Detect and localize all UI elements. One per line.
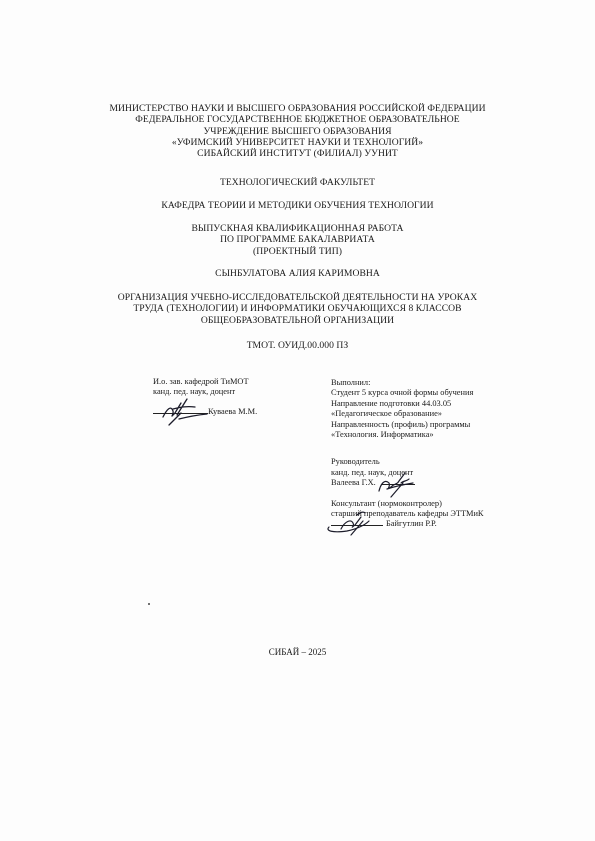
head-of-department-block: И.о. зав. кафедрой ТиМОТ канд. пед. наук… bbox=[153, 377, 257, 417]
work-type: ВЫПУСКНАЯ КВАЛИФИКАЦИОННАЯ РАБОТА ПО ПРО… bbox=[0, 223, 595, 257]
performer-line: Направленность (профиль) программы bbox=[331, 420, 484, 430]
thesis-title-line: ОРГАНИЗАЦИЯ УЧЕБНО-ИССЛЕДОВАТЕЛЬСКОЙ ДЕЯ… bbox=[0, 292, 595, 303]
thesis-title-line: ОБЩЕОБРАЗОВАТЕЛЬНОЙ ОРГАНИЗАЦИИ bbox=[0, 315, 595, 326]
performer-line: «Педагогическое образование» bbox=[331, 409, 484, 419]
head-name: Куваева М.М. bbox=[208, 407, 257, 416]
performer-line: Студент 5 курса очной формы обучения bbox=[331, 388, 484, 398]
title-page: МИНИСТЕРСТВО НАУКИ И ВЫСШЕГО ОБРАЗОВАНИЯ… bbox=[0, 0, 595, 841]
head-degree: канд. пед. наук, доцент bbox=[153, 387, 257, 397]
department-name: КАФЕДРА ТЕОРИИ И МЕТОДИКИ ОБУЧЕНИЯ ТЕХНО… bbox=[0, 200, 595, 211]
ministry-header: МИНИСТЕРСТВО НАУКИ И ВЫСШЕГО ОБРАЗОВАНИЯ… bbox=[0, 103, 595, 159]
ministry-line: «УФИМСКИЙ УНИВЕРСИТЕТ НАУКИ И ТЕХНОЛОГИЙ… bbox=[0, 137, 595, 148]
thesis-title-line: ТРУДА (ТЕХНОЛОГИИ) И ИНФОРМАТИКИ ОБУЧАЮЩ… bbox=[0, 303, 595, 314]
faculty-name: ТЕХНОЛОГИЧЕСКИЙ ФАКУЛЬТЕТ bbox=[0, 177, 595, 188]
scan-artifact bbox=[148, 603, 150, 605]
ministry-line: СИБАЙСКИЙ ИНСТИТУТ (ФИЛИАЛ) УУНИТ bbox=[0, 148, 595, 159]
document-code: ТМОТ. ОУИД.00.000 ПЗ bbox=[0, 340, 595, 351]
performer-line: «Технология. Информатика» bbox=[331, 430, 484, 440]
supervisor-degree: канд. пед. наук, доцент bbox=[331, 468, 484, 478]
city-year: СИБАЙ – 2025 bbox=[0, 647, 595, 657]
supervisor-block: Руководитель канд. пед. наук, доцент Вал… bbox=[331, 457, 484, 488]
consultant-position: старший преподаватель кафедры ЭТТМиК bbox=[331, 509, 484, 519]
author-name: СЫНБУЛАТОВА АЛИЯ КАРИМОВНА bbox=[0, 268, 595, 279]
consultant-role: Консультант (нормоконтролер) bbox=[331, 499, 484, 509]
ministry-line: МИНИСТЕРСТВО НАУКИ И ВЫСШЕГО ОБРАЗОВАНИЯ… bbox=[0, 103, 595, 114]
performer-line: Направление подготовки 44.03.05 bbox=[331, 399, 484, 409]
work-type-line: (ПРОЕКТНЫЙ ТИП) bbox=[0, 246, 595, 257]
ministry-line: УЧРЕЖДЕНИЕ ВЫСШЕГО ОБРАЗОВАНИЯ bbox=[0, 126, 595, 137]
work-type-line: ПО ПРОГРАММЕ БАКАЛАВРИАТА bbox=[0, 234, 595, 245]
work-type-line: ВЫПУСКНАЯ КВАЛИФИКАЦИОННАЯ РАБОТА bbox=[0, 223, 595, 234]
consultant-name: Байгутлин Р.Р. bbox=[386, 519, 437, 528]
consultant-block: Консультант (нормоконтролер) старший пре… bbox=[331, 499, 484, 530]
head-role: И.о. зав. кафедрой ТиМОТ bbox=[153, 377, 257, 387]
thesis-title: ОРГАНИЗАЦИЯ УЧЕБНО-ИССЛЕДОВАТЕЛЬСКОЙ ДЕЯ… bbox=[0, 292, 595, 326]
supervisor-role: Руководитель bbox=[331, 457, 484, 467]
ministry-line: ФЕДЕРАЛЬНОЕ ГОСУДАРСТВЕННОЕ БЮДЖЕТНОЕ ОБ… bbox=[0, 114, 595, 125]
supervisor-name: Валеева Г.Х. bbox=[331, 478, 376, 487]
performer-block: Выполнил: Студент 5 курса очной формы об… bbox=[331, 378, 484, 530]
performer-label: Выполнил: bbox=[331, 378, 484, 388]
